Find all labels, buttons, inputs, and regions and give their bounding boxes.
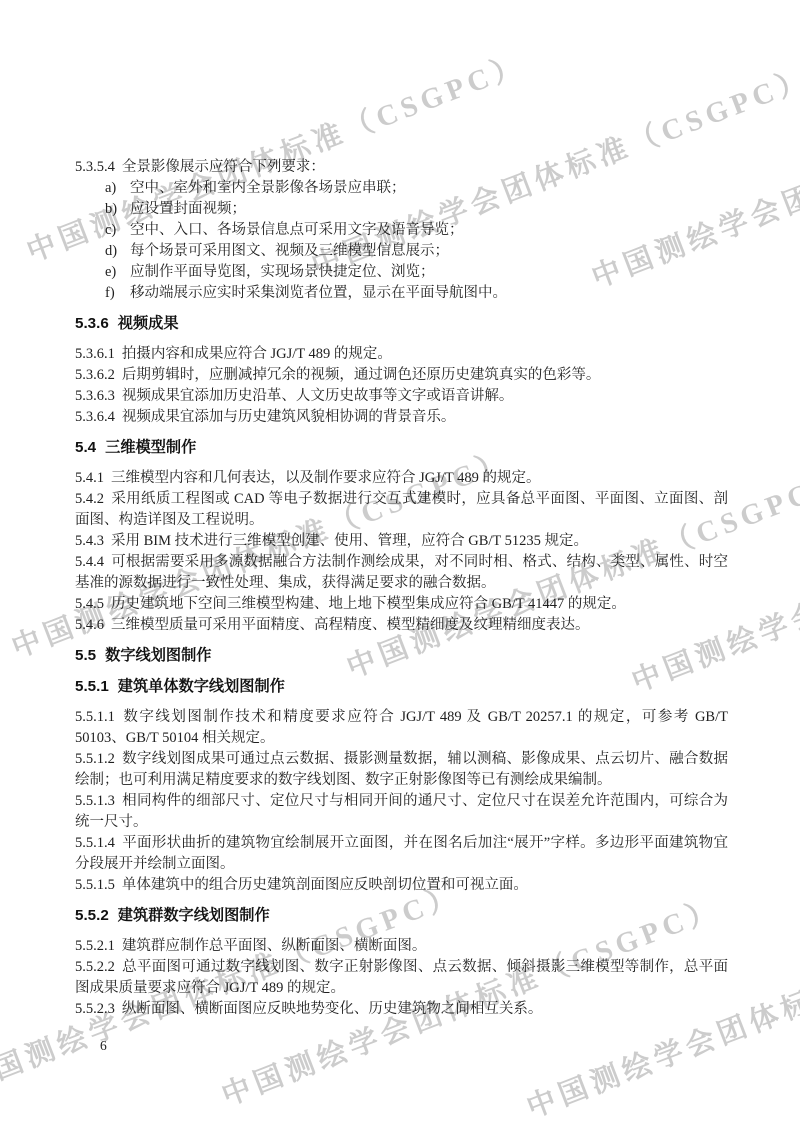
clause-number: 5.5: [75, 647, 96, 664]
section-heading: 5.5数字线划图制作: [75, 645, 728, 666]
clause-text: 采用 BIM 技术进行三维模型创建、使用、管理，应符合 GB/T 51235 规…: [111, 533, 588, 549]
clause-text: 纵断面图、横断面图应反映地势变化、历史建筑物之间相互关系。: [122, 1001, 543, 1017]
clause-text: 数字线划图成果可通过点云数据、摄影测量数据，辅以测稿、影像成果、点云切片、融合数…: [75, 751, 728, 788]
clause-number: 5.4.2: [75, 491, 104, 507]
list-item: e)应制作平面导览图，实现场景快捷定位、浏览；: [75, 262, 728, 283]
clause-text: 单体建筑中的组合历史建筑剖面图应反映剖切位置和可视立面。: [122, 877, 528, 893]
section-title: 数字线划图制作: [105, 647, 211, 664]
clause: 5.4.6三维模型质量可采用平面精度、高程精度、模型精细度及纹理精细度表达。: [75, 615, 728, 636]
clause: 5.4.1三维模型内容和几何表达，以及制作要求应符合 JGJ/T 489 的规定…: [75, 468, 728, 489]
clause-number: 5.4: [75, 439, 96, 456]
clause-number: 5.5.2: [75, 907, 109, 924]
clause-text: 视频成果宜添加历史沿革、人文历史故事等文字或语音讲解。: [122, 388, 514, 404]
clause-text: 空中、入口、各场景信息点可采用文字及语音导览；: [130, 222, 464, 238]
item-label: b): [105, 199, 130, 220]
clause: 5.5.2.1建筑群应制作总平面图、纵断面图、横断面图。: [75, 936, 728, 957]
section-heading: 5.3.6视频成果: [75, 313, 728, 334]
section-title: 建筑群数字线划图制作: [118, 907, 270, 924]
section-heading: 5.5.2建筑群数字线划图制作: [75, 905, 728, 926]
clause-number: 5.4.5: [75, 596, 104, 612]
clause-number: 5.4.1: [75, 470, 104, 486]
clause-number: 5.3.6.4: [75, 409, 115, 425]
clause: 5.5.2.3纵断面图、横断面图应反映地势变化、历史建筑物之间相互关系。: [75, 999, 728, 1020]
clause-text: 应设置封面视频；: [130, 201, 246, 217]
clause-number: 5.5.2.2: [75, 959, 115, 975]
clause-text: 数字线划图制作技术和精度要求应符合 JGJ/T 489 及 GB/T 20257…: [75, 709, 728, 746]
clause: 5.4.2采用纸质工程图或 CAD 等电子数据进行交互式建模时，应具备总平面图、…: [75, 489, 728, 531]
clause-text: 拍摄内容和成果应符合 JGJ/T 489 的规定。: [122, 346, 392, 362]
list-item: b)应设置封面视频；: [75, 199, 728, 220]
section-heading: 5.4三维模型制作: [75, 437, 728, 458]
clause-text: 相同构件的细部尺寸、定位尺寸与相同开间的通尺寸、定位尺寸在误差允许范围内，可综合…: [75, 793, 728, 830]
clause: 5.3.6.3视频成果宜添加历史沿革、人文历史故事等文字或语音讲解。: [75, 386, 728, 407]
document-page: 中国测绘学会团体标准（CSGPC） 中国测绘学会团体标准（CSGPC） 中国测绘…: [0, 0, 800, 1131]
clause: 5.4.4可根据需要采用多源数据融合方法制作测绘成果，对不同时相、格式、结构、类…: [75, 552, 728, 594]
clause: 5.5.1.3相同构件的细部尺寸、定位尺寸与相同开间的通尺寸、定位尺寸在误差允许…: [75, 791, 728, 833]
clause-number: 5.4.4: [75, 554, 104, 570]
clause-text: 视频成果宜添加与历史建筑风貌相协调的背景音乐。: [122, 409, 456, 425]
clause-number: 5.5.1.5: [75, 877, 115, 893]
clause-number: 5.3.6.3: [75, 388, 115, 404]
clause: 5.5.1.4平面形状曲折的建筑物宜绘制展开立面图，并在图名后加注“展开”字样。…: [75, 833, 728, 875]
clause-text: 平面形状曲折的建筑物宜绘制展开立面图，并在图名后加注“展开”字样。多边形平面建筑…: [75, 835, 728, 872]
page-number: 6: [100, 1038, 107, 1054]
clause-text: 历史建筑地下空间三维模型构建、地上地下模型集成应符合 GB/T 41447 的规…: [111, 596, 626, 612]
document-body: 5.3.5.4全景影像展示应符合下列要求：a)空中、室外和室内全景影像各场景应串…: [75, 157, 728, 1020]
clause-number: 5.4.3: [75, 533, 104, 549]
item-label: e): [105, 262, 130, 283]
clause-number: 5.3.6: [75, 315, 109, 332]
clause-number: 5.3.6.1: [75, 346, 115, 362]
clause-text: 采用纸质工程图或 CAD 等电子数据进行交互式建模时，应具备总平面图、平面图、立…: [75, 491, 728, 528]
clause-number: 5.3.6.2: [75, 367, 115, 383]
clause-text: 建筑群应制作总平面图、纵断面图、横断面图。: [122, 938, 427, 954]
clause-number: 5.4.6: [75, 617, 104, 633]
clause: 5.4.5历史建筑地下空间三维模型构建、地上地下模型集成应符合 GB/T 414…: [75, 594, 728, 615]
clause: 5.5.1.2数字线划图成果可通过点云数据、摄影测量数据，辅以测稿、影像成果、点…: [75, 749, 728, 791]
clause: 5.5.1.1数字线划图制作技术和精度要求应符合 JGJ/T 489 及 GB/…: [75, 707, 728, 749]
clause: 5.3.6.4视频成果宜添加与历史建筑风貌相协调的背景音乐。: [75, 407, 728, 428]
item-label: a): [105, 178, 130, 199]
list-item: a)空中、室外和室内全景影像各场景应串联；: [75, 178, 728, 199]
item-label: d): [105, 241, 130, 262]
clause-number: 5.5.1.1: [75, 709, 115, 725]
clause: 5.5.2.2总平面图可通过数字线划图、数字正射影像图、点云数据、倾斜摄影三维模…: [75, 957, 728, 999]
clause: 5.5.1.5单体建筑中的组合历史建筑剖面图应反映剖切位置和可视立面。: [75, 875, 728, 896]
clause-text: 总平面图可通过数字线划图、数字正射影像图、点云数据、倾斜摄影三维模型等制作，总平…: [75, 959, 728, 996]
section-title: 视频成果: [118, 315, 179, 332]
clause-text: 三维模型内容和几何表达，以及制作要求应符合 JGJ/T 489 的规定。: [111, 470, 541, 486]
clause-number: 5.5.1: [75, 678, 109, 695]
clause-text: 全景影像展示应符合下列要求：: [122, 159, 325, 175]
item-label: c): [105, 220, 130, 241]
clause-number: 5.5.2.1: [75, 938, 115, 954]
clause: 5.3.6.1拍摄内容和成果应符合 JGJ/T 489 的规定。: [75, 344, 728, 365]
clause-text: 可根据需要采用多源数据融合方法制作测绘成果，对不同时相、格式、结构、类型、属性、…: [75, 554, 728, 591]
clause-number: 5.5.2.3: [75, 1001, 115, 1017]
clause-text: 每个场景可采用图文、视频及三维模型信息展示；: [130, 243, 449, 259]
clause-text: 移动端展示应实时采集浏览者位置，显示在平面导航图中。: [130, 285, 507, 301]
list-item: c)空中、入口、各场景信息点可采用文字及语音导览；: [75, 220, 728, 241]
list-item: d)每个场景可采用图文、视频及三维模型信息展示；: [75, 241, 728, 262]
clause: 5.3.6.2后期剪辑时，应删减掉冗余的视频，通过调色还原历史建筑真实的色彩等。: [75, 365, 728, 386]
clause-text: 应制作平面导览图，实现场景快捷定位、浏览；: [130, 264, 435, 280]
clause-text: 后期剪辑时，应删减掉冗余的视频，通过调色还原历史建筑真实的色彩等。: [122, 367, 601, 383]
clause-number: 5.3.5.4: [75, 159, 115, 175]
clause-number: 5.5.1.2: [75, 751, 115, 767]
item-label: f): [105, 283, 130, 304]
clause-text: 三维模型质量可采用平面精度、高程精度、模型精细度及纹理精细度表达。: [111, 617, 590, 633]
clause-number: 5.5.1.4: [75, 835, 115, 851]
clause-text: 空中、室外和室内全景影像各场景应串联；: [130, 180, 406, 196]
clause: 5.4.3采用 BIM 技术进行三维模型创建、使用、管理，应符合 GB/T 51…: [75, 531, 728, 552]
list-item: f)移动端展示应实时采集浏览者位置，显示在平面导航图中。: [75, 283, 728, 304]
clause: 5.3.5.4全景影像展示应符合下列要求：: [75, 157, 728, 178]
section-heading: 5.5.1建筑单体数字线划图制作: [75, 676, 728, 697]
clause-number: 5.5.1.3: [75, 793, 115, 809]
section-title: 建筑单体数字线划图制作: [118, 678, 285, 695]
section-title: 三维模型制作: [105, 439, 196, 456]
